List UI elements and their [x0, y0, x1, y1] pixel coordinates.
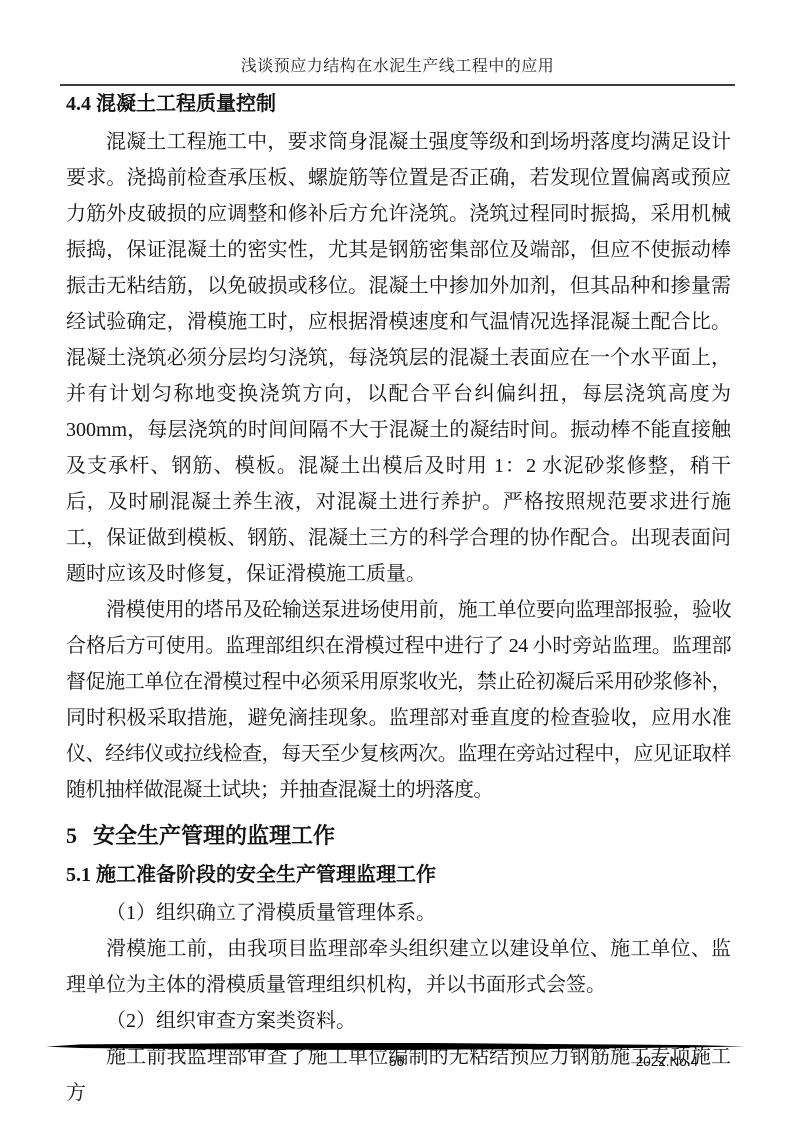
chapter-title: 安全生产管理的监理工作 [93, 823, 335, 848]
document-page: 浅谈预应力结构在水泥生产线工程中的应用 4.4 混凝土工程质量控制 混凝土工程施… [0, 0, 793, 1122]
footer-row: 56 2022.No.4 [0, 1054, 793, 1072]
paragraph-concrete-quality-2: 滑模使用的塔吊及砼输送泵进场使用前，施工单位要向监理部报验，验收合格后方可使用。… [66, 592, 731, 808]
chapter-number: 5 [66, 823, 77, 848]
section-heading-4-4: 4.4 混凝土工程质量控制 [66, 91, 731, 118]
paragraph-slipform-org: 滑模施工前，由我项目监理部牵头组织建立以建设单位、施工单位、监理单位为主体的滑模… [66, 931, 731, 1003]
footer-rule [46, 1043, 745, 1050]
issue-number: 2022.No.4 [636, 1054, 698, 1069]
page-header: 浅谈预应力结构在水泥生产线工程中的应用 [0, 0, 793, 86]
paragraph-item-1: （1）组织确立了滑模质量管理体系。 [66, 895, 731, 931]
running-header-title: 浅谈预应力结构在水泥生产线工程中的应用 [60, 57, 735, 77]
chapter-heading-5: 5安全生产管理的监理工作 [66, 821, 731, 851]
header-rule [60, 84, 735, 86]
paragraph-concrete-quality-1: 混凝土工程施工中，要求筒身混凝土强度等级和到场坍落度均满足设计要求。浇捣前检查承… [66, 124, 731, 592]
paragraph-item-2: （2）组织审查方案类资料。 [66, 1003, 731, 1039]
page-content: 4.4 混凝土工程质量控制 混凝土工程施工中，要求筒身混凝土强度等级和到场坍落度… [0, 91, 793, 1111]
page-footer: 56 2022.No.4 [0, 1043, 793, 1072]
section-heading-5-1: 5.1 施工准备阶段的安全生产管理监理工作 [66, 862, 731, 889]
